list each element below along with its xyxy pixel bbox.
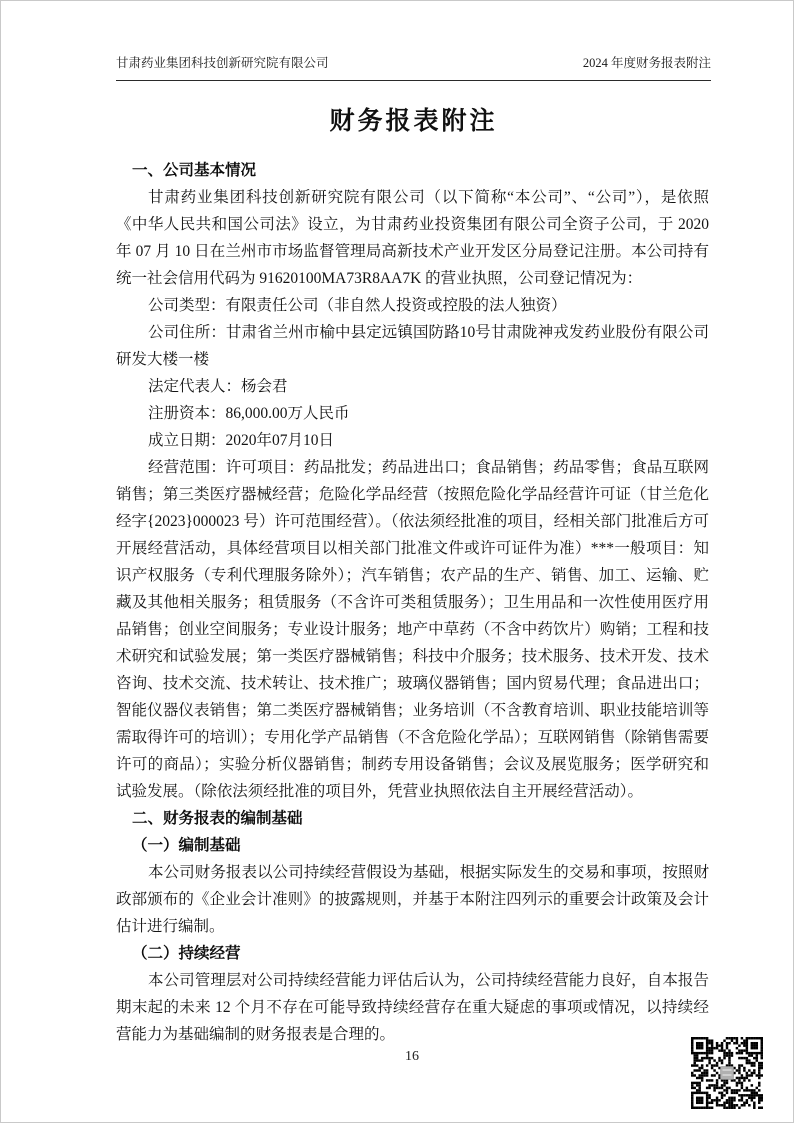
paragraph: 法定代表人：杨会君: [116, 373, 709, 400]
header-doc-label: 2024 年度财务报表附注: [583, 56, 711, 71]
qr-center-logo: [720, 1066, 734, 1080]
qr-code-svg: [691, 1037, 763, 1109]
header-company-name: 甘肃药业集团科技创新研究院有限公司: [116, 56, 329, 71]
section-heading: （二）持续经营: [116, 940, 709, 967]
section-heading: 二、财务报表的编制基础: [116, 805, 709, 832]
paragraph: 甘肃药业集团科技创新研究院有限公司（以下简称“本公司”、“公司”），是依照《中华…: [116, 184, 709, 292]
section-heading: （一）编制基础: [116, 832, 709, 859]
document-title: 财务报表附注: [116, 101, 711, 137]
paragraph: 公司住所：甘肃省兰州市榆中县定远镇国防路10号甘肃陇神戎发药业股份有限公司研发大…: [116, 319, 709, 373]
document-page: 甘肃药业集团科技创新研究院有限公司 2024 年度财务报表附注 财务报表附注 一…: [0, 0, 794, 1123]
section-heading: 一、公司基本情况: [116, 157, 709, 184]
qr-code-icon: [691, 1037, 763, 1109]
page-header: 甘肃药业集团科技创新研究院有限公司 2024 年度财务报表附注: [116, 56, 711, 81]
paragraph: 公司类型：有限责任公司（非自然人投资或控股的法人独资）: [116, 292, 709, 319]
paragraph: 注册资本：86,000.00万人民币: [116, 400, 709, 427]
paragraph: 经营范围：许可项目：药品批发；药品进出口；食品销售；药品零售；食品互联网销售；第…: [116, 454, 709, 805]
header-rule: [116, 80, 711, 81]
paragraph: 成立日期：2020年07月10日: [116, 427, 709, 454]
page-number: 16: [405, 1048, 419, 1066]
paragraph: 本公司管理层对公司持续经营能力评估后认为，公司持续经营能力良好，自本报告期末起的…: [116, 967, 709, 1048]
document-body: 一、公司基本情况甘肃药业集团科技创新研究院有限公司（以下简称“本公司”、“公司”…: [116, 157, 709, 1048]
paragraph: 本公司财务报表以公司持续经营假设为基础，根据实际发生的交易和事项，按照财政部颁布…: [116, 859, 709, 940]
